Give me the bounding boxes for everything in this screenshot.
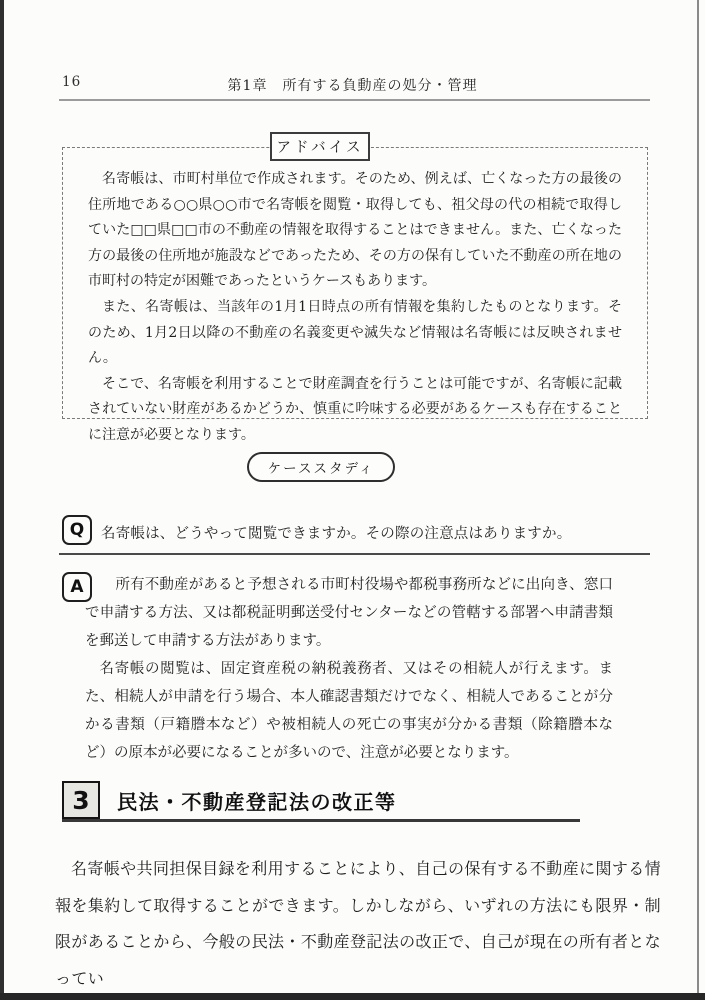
chapter-header: 第1章 所有する負動産の処分・管理 xyxy=(0,75,705,95)
question-text: 名寄帳は、どうやって閲覧できますか。その際の注意点はありますか。 xyxy=(101,522,641,543)
advice-paragraph: 名寄帳は、市町村単位で作成されます。そのため、例えば、亡くなった方の最後の住所地… xyxy=(88,167,622,295)
advice-paragraph: また、名寄帳は、当該年の1月1日時点の所有情報を集約したものとなります。そのため… xyxy=(88,295,622,372)
answer-paragraph: 所有不動産があると予想される市町村役場や都税事務所などに出向き、窓口で申請する方… xyxy=(85,571,613,655)
case-study-badge: ケーススタディ xyxy=(247,452,395,482)
section-number-badge: 3 xyxy=(62,781,100,819)
section-title: 民法・不動産登記法の改正等 xyxy=(117,786,397,815)
question-answer-divider xyxy=(59,553,650,555)
advice-paragraph: そこで、名寄帳を利用することで財産調査を行うことは可能ですが、名寄帳に記載されて… xyxy=(88,372,622,449)
answer-block: 所有不動産があると予想される市町村役場や都税事務所などに出向き、窓口で申請する方… xyxy=(85,571,613,767)
section-rule xyxy=(62,819,580,822)
advice-label: アドバイス xyxy=(270,132,370,161)
header-rule xyxy=(59,99,650,101)
advice-box: 名寄帳は、市町村単位で作成されます。そのため、例えば、亡くなった方の最後の住所地… xyxy=(62,147,648,419)
question-icon: Q xyxy=(62,515,92,545)
scan-edge-left xyxy=(0,0,4,1000)
scan-edge-right xyxy=(697,0,699,1000)
body-paragraph: 名寄帳や共同担保目録を利用することにより、自己の保有する不動産に関する情報を集約… xyxy=(55,851,661,997)
section-header: 3 民法・不動産登記法の改正等 xyxy=(62,781,580,819)
answer-paragraph: 名寄帳の閲覧は、固定資産税の納税義務者、又はその相続人が行えます。また、相続人が… xyxy=(85,655,613,767)
